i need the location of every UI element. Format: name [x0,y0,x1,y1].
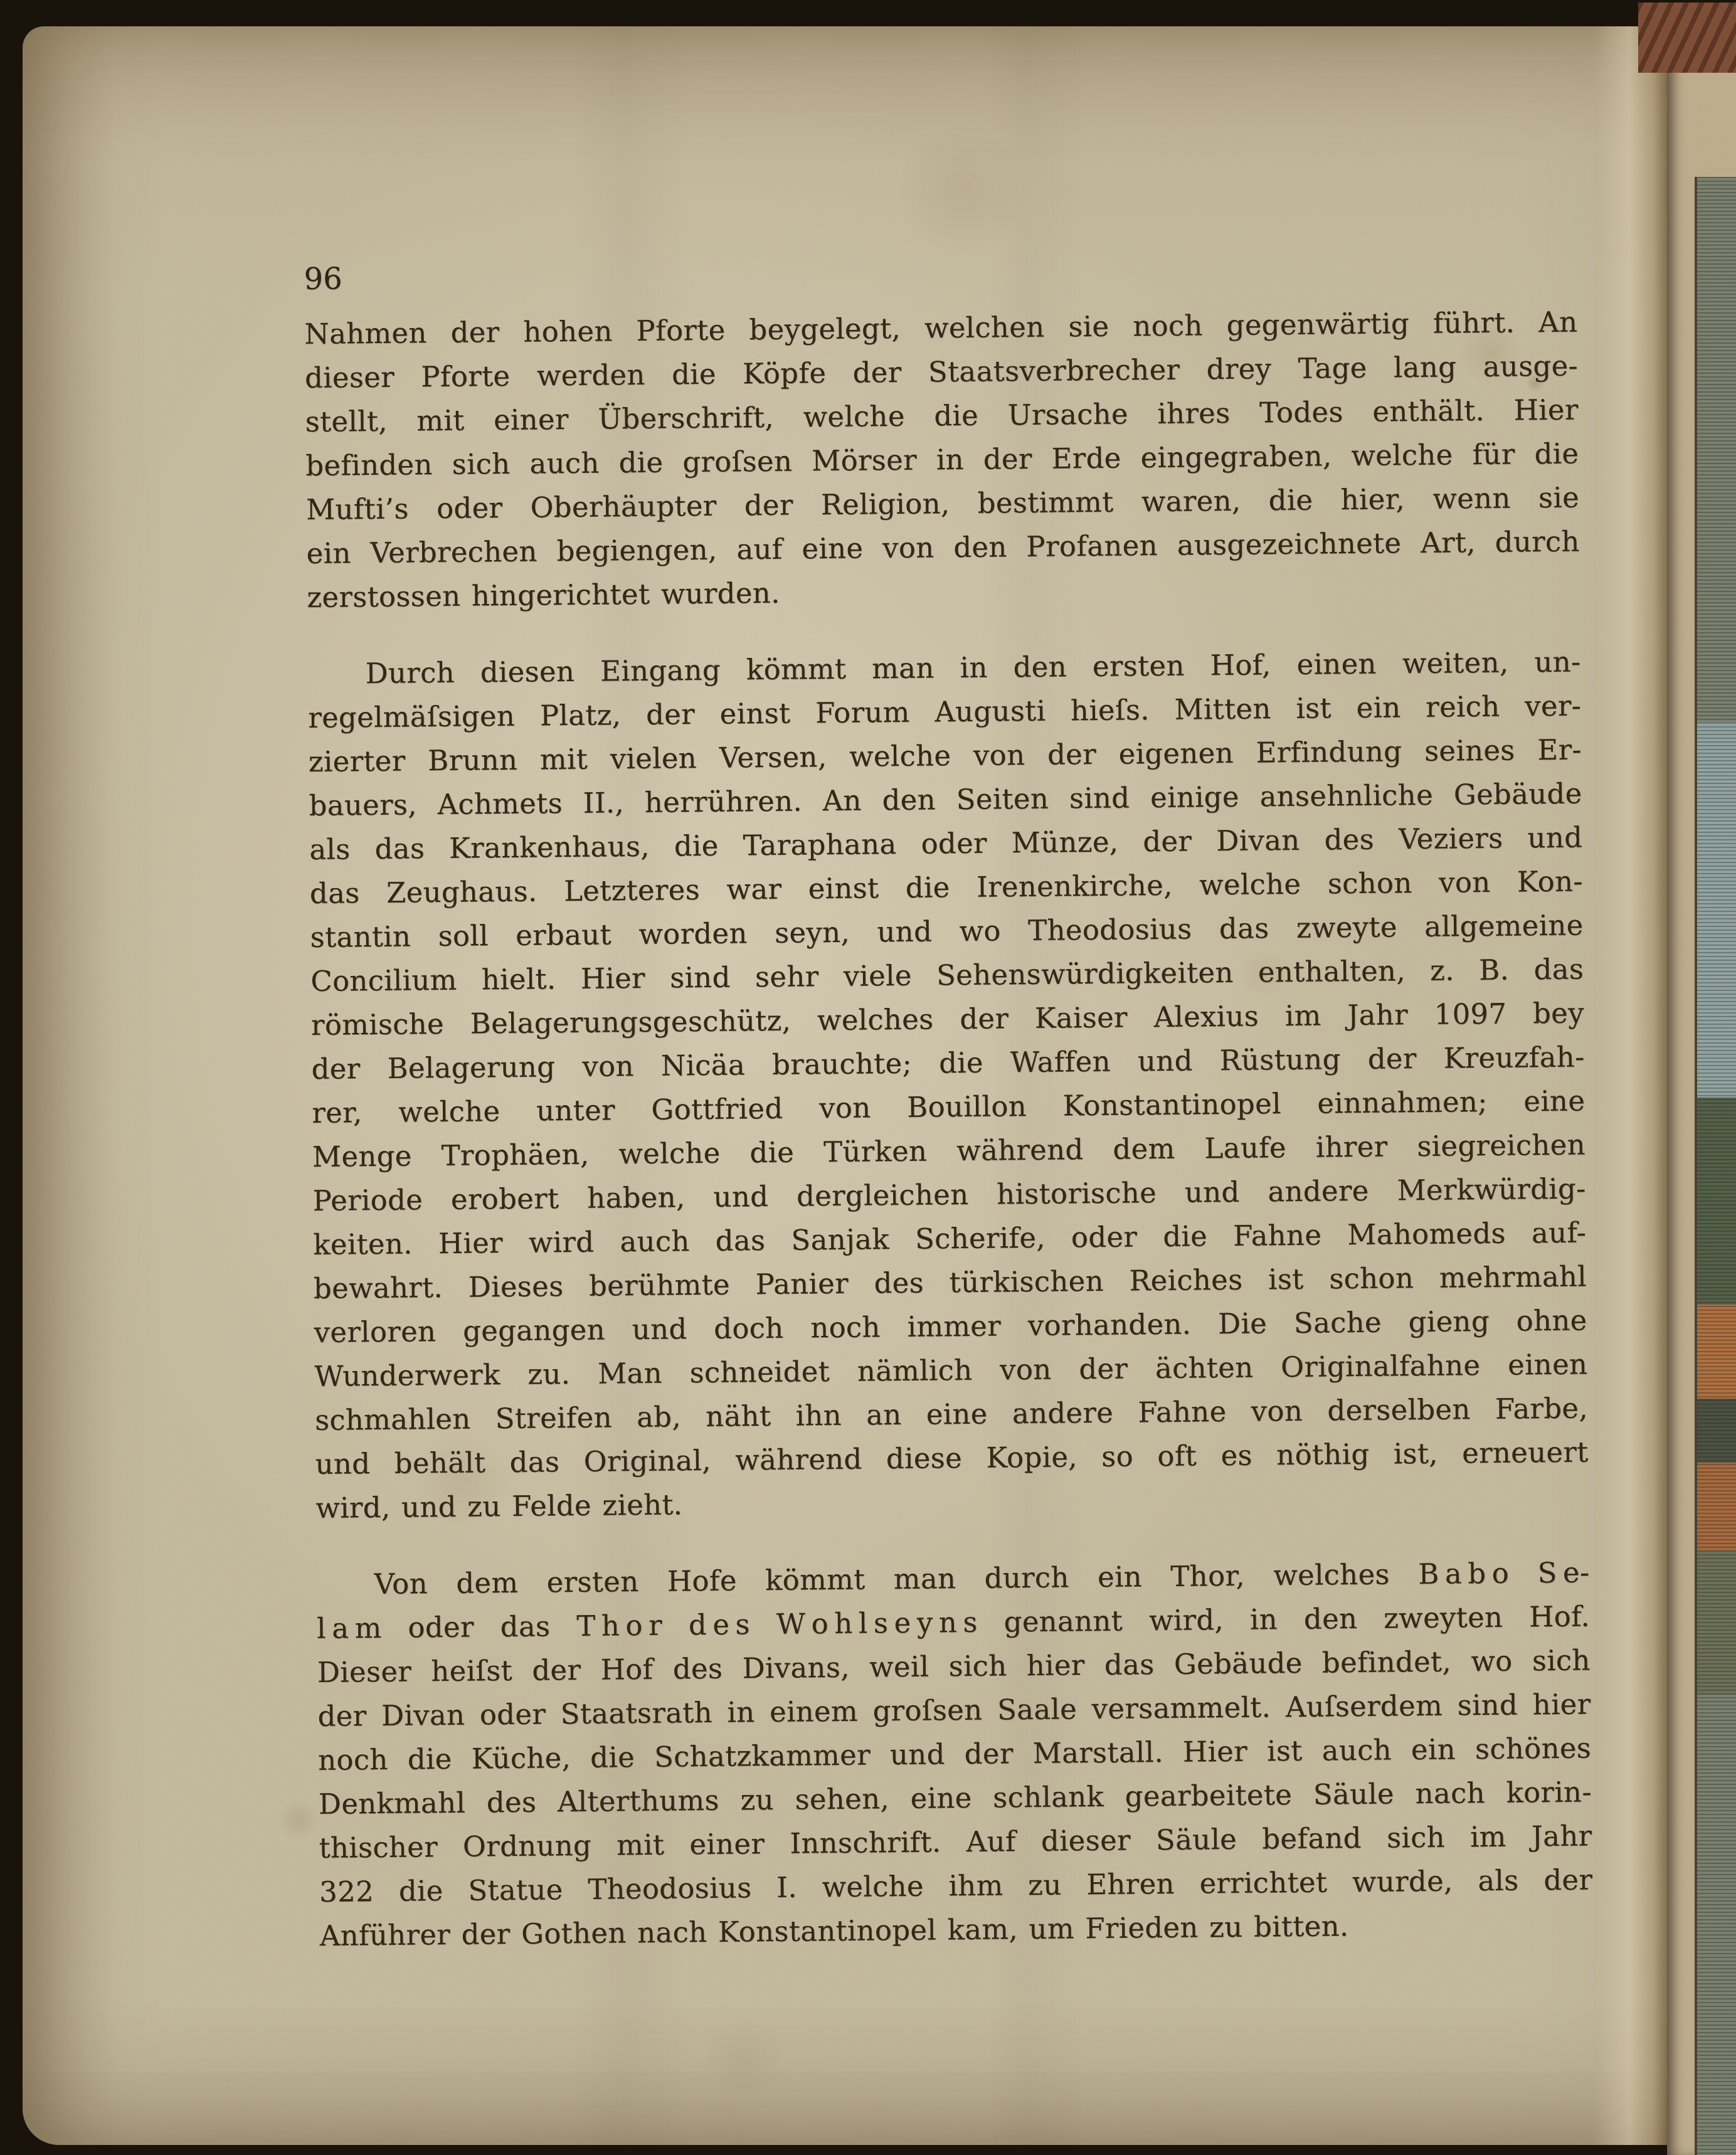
paragraph: Durch diesen Eingang kömmt man in den er… [307,640,1589,1530]
paragraph: Nahmen der hohen Pforte beygelegt, welch… [304,300,1580,620]
plate-sliver-lower-mixed [1697,1550,1736,1695]
plate-sliver-foliage [1697,1098,1736,1305]
plate-sliver-roof-lower [1697,1463,1736,1550]
page-number: 96 [304,262,342,297]
book-cover-edge [1638,3,1736,73]
plate-sliver-roof-upper [1697,1305,1736,1399]
printed-area: 96 Nahmen der hohen Pforte beygelegt, we… [13,18,1677,2152]
text-block: Nahmen der hohen Pforte beygelegt, welch… [304,300,1593,1958]
book-page: 96 Nahmen der hohen Pforte beygelegt, we… [23,26,1667,2145]
facing-plate-sliver [1695,177,1736,2155]
paragraph: Von dem ersten Hofe kömmt man durch ein … [316,1551,1593,1958]
scanned-book-photo: { "page": { "number": "96", "ink_color":… [0,0,1736,2155]
plate-sliver-sky [1697,723,1736,1098]
fore-edge-strip [1667,26,1736,2155]
plate-sliver-dark-band [1697,1399,1736,1463]
